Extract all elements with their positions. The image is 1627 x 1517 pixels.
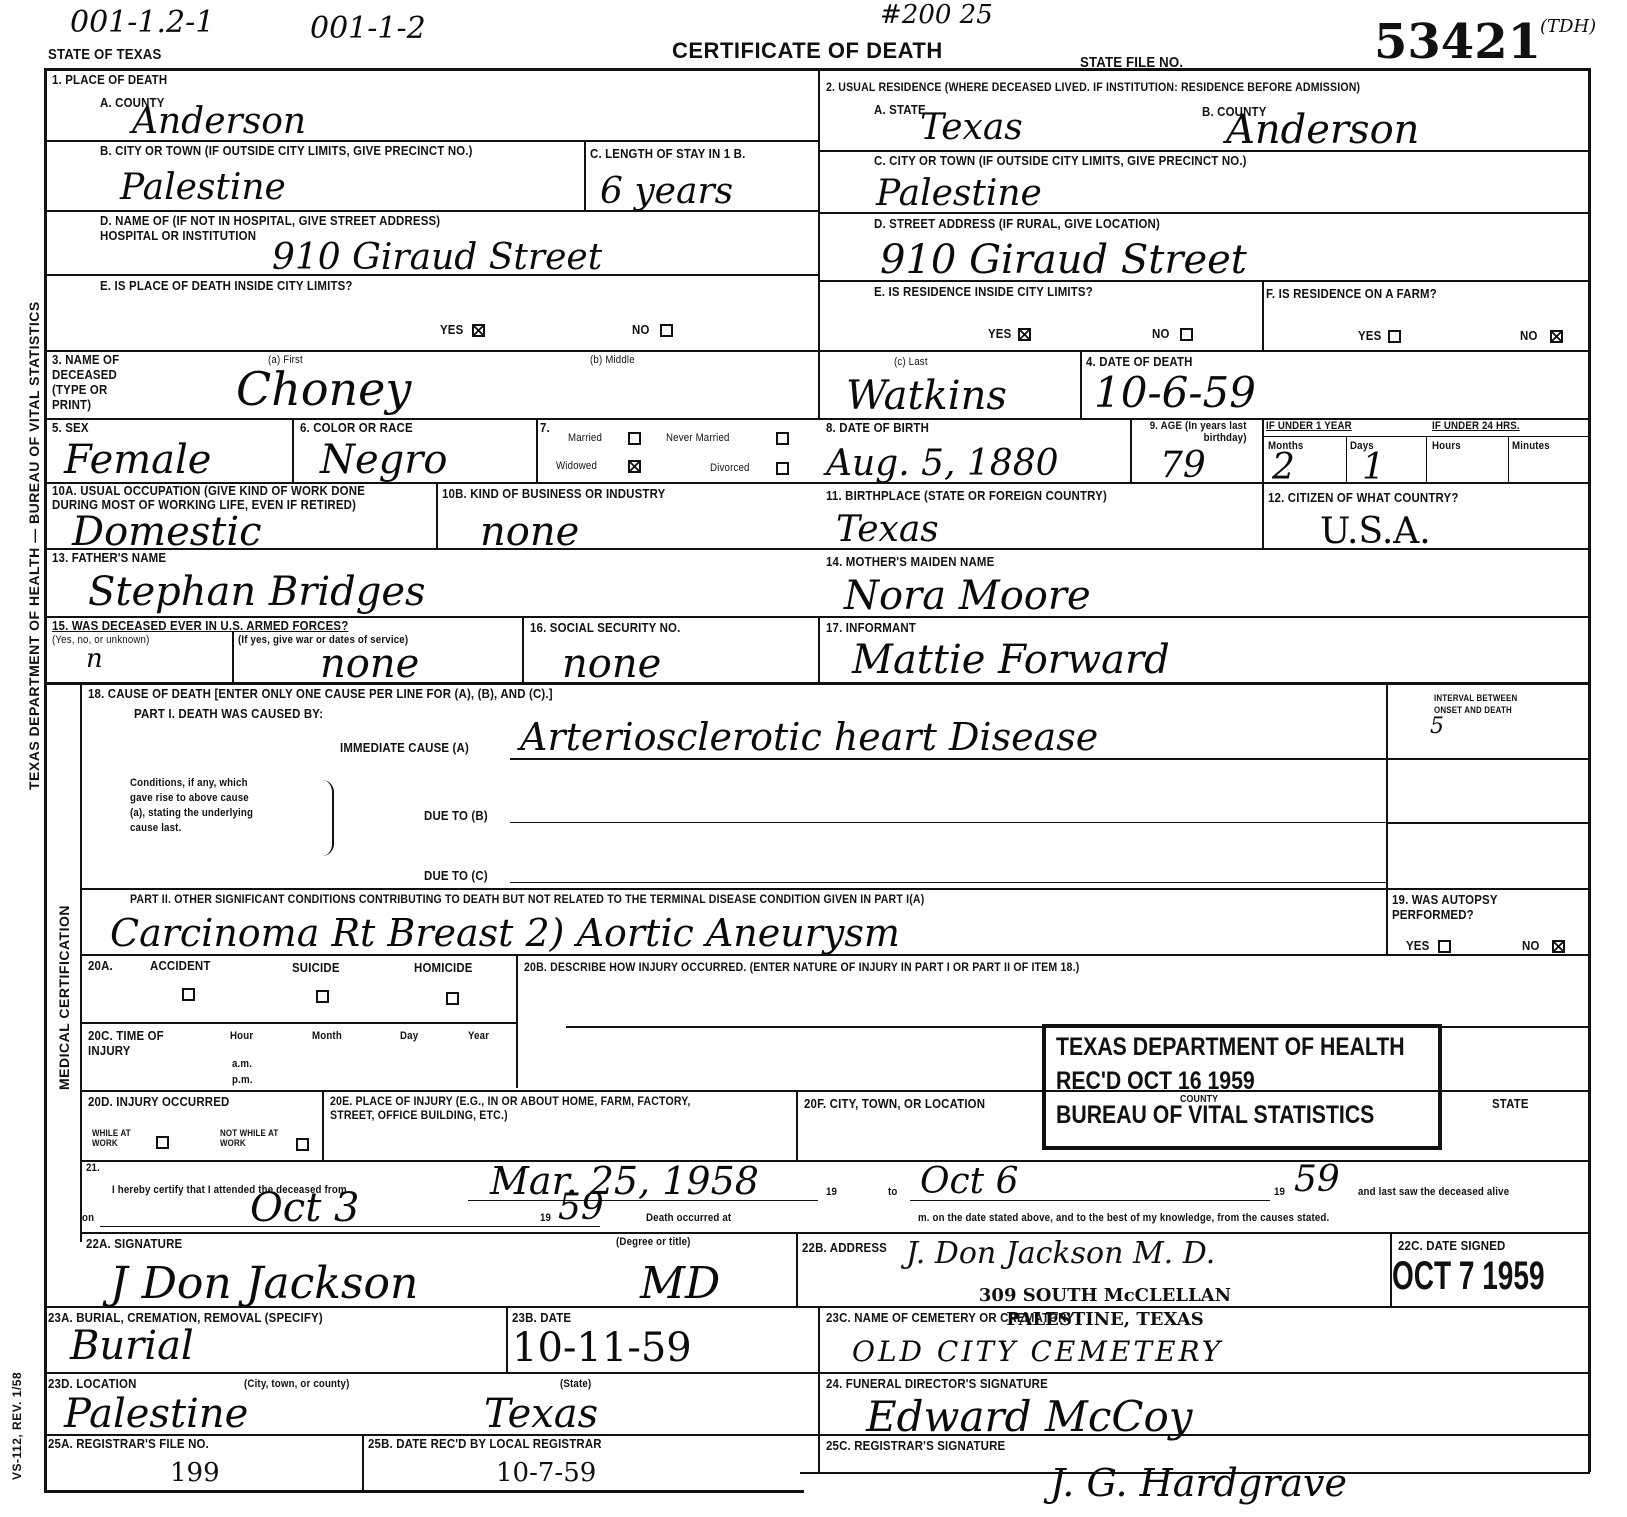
interval-label: INTERVAL BETWEEN ONSET AND DEATH xyxy=(1434,692,1531,716)
immediate-cause-value: Arteriosclerotic heart Disease xyxy=(520,718,1098,756)
registrar-signature: J. G. Hardgrave xyxy=(1050,1464,1347,1502)
length-of-stay-value: 6 years xyxy=(600,174,733,210)
date-signed-stamp: OCT 7 1959 xyxy=(1392,1254,1545,1299)
stamp-line-1: TEXAS DEPARTMENT OF HEALTH xyxy=(1056,1030,1372,1064)
days-value: 1 xyxy=(1362,450,1385,486)
registrar-file-value: 199 xyxy=(170,1458,220,1488)
to-year-prefix: 19 xyxy=(1274,1186,1285,1198)
to-year-value: 59 xyxy=(1294,1162,1340,1198)
last-seen-year-prefix: 19 xyxy=(540,1212,551,1224)
dob-value: Aug. 5, 1880 xyxy=(826,446,1059,482)
location-city-label: (City, town, or county) xyxy=(244,1378,350,1390)
funeral-director-label: 24. FUNERAL DIRECTOR'S SIGNATURE xyxy=(826,1376,1048,1391)
hours-label: Hours xyxy=(1432,440,1461,452)
homicide-checkbox[interactable] xyxy=(446,992,459,1005)
res-street-label: d. STREET ADDRESS (If rural, give locati… xyxy=(874,216,1160,231)
industry-value: none xyxy=(480,512,579,552)
injury-time-label: 20c. TIME OF INJURY xyxy=(88,1028,167,1058)
registrar-file-label: 25a. REGISTRAR'S FILE NO. xyxy=(48,1436,209,1451)
due-b-label: DUE TO (b) xyxy=(424,808,488,823)
ssn-label: 16. SOCIAL SECURITY NO. xyxy=(530,620,680,635)
informant-label: 17. INFORMANT xyxy=(826,620,916,635)
death-inside-limits-yes-label: YES xyxy=(440,322,463,337)
attended-to-value: Oct 6 xyxy=(920,1164,1019,1200)
race-label: 6. COLOR OR RACE xyxy=(300,420,413,435)
due-c-label: DUE TO (c) xyxy=(424,868,488,883)
race-value: Negro xyxy=(320,440,447,480)
cause-section-label: 18. CAUSE OF DEATH [Enter only one cause… xyxy=(88,686,553,701)
res-inside-limits-yes-label: YES xyxy=(988,326,1011,341)
informant-value: Mattie Forward xyxy=(852,640,1170,680)
divorced-checkbox[interactable] xyxy=(776,462,789,475)
while-at-work-checkbox[interactable] xyxy=(156,1136,169,1149)
time-day-label: Day xyxy=(400,1030,418,1042)
death-inside-limits-no-label: NO xyxy=(632,322,650,337)
res-city-value: Palestine xyxy=(876,176,1042,212)
marital-option-never-married: Never Married xyxy=(666,432,730,444)
certify-text-3: Death occurred at xyxy=(646,1212,731,1224)
stamp-line-2: REC'D OCT 16 1959 xyxy=(1056,1064,1372,1098)
immediate-cause-label: IMMEDIATE CAUSE (a) xyxy=(340,740,469,755)
death-city-label: b. CITY OR TOWN (If outside city limits,… xyxy=(100,143,473,158)
time-hour-label: Hour xyxy=(230,1030,253,1042)
armed-war-value: none xyxy=(320,644,419,684)
autopsy-yes-label: YES xyxy=(1406,938,1429,953)
burial-method-value: Burial xyxy=(70,1326,194,1366)
armed-forces-label: 15. WAS DECEASED EVER IN U.S. ARMED FORC… xyxy=(52,618,348,633)
attended-from-value: Mar. 25, 1958 xyxy=(490,1162,759,1200)
length-of-stay-label: c. LENGTH OF STAY in 1 b. xyxy=(590,146,784,161)
suicide-checkbox[interactable] xyxy=(316,990,329,1003)
certify-text-2: and last saw the deceased alive xyxy=(1358,1186,1509,1198)
not-while-at-work-label: NOT WHILE AT WORK xyxy=(220,1128,282,1148)
marital-option-married: Married xyxy=(568,432,602,444)
autopsy-yes-checkbox[interactable] xyxy=(1438,940,1451,953)
burial-date-label: 23b. DATE xyxy=(512,1310,571,1325)
to-label: to xyxy=(888,1186,898,1198)
father-value: Stephan Bridges xyxy=(88,572,426,612)
while-at-work-label: WHILE AT WORK xyxy=(92,1128,145,1148)
last-name-label: (c) Last xyxy=(894,356,928,368)
degree-label: (Degree or title) xyxy=(616,1236,691,1248)
stamp-line-3: BUREAU OF VITAL STATISTICS xyxy=(1056,1098,1372,1132)
address-line-1: 309 SOUTH McCLELLAN xyxy=(940,1286,1270,1306)
form-number: VS-112, REV. 1/58 xyxy=(10,1340,24,1480)
state-file-number: 53421 xyxy=(1374,14,1541,70)
time-year-label: Year xyxy=(468,1030,489,1042)
res-inside-limits-no-label: NO xyxy=(1152,326,1170,341)
occupation-value: Domestic xyxy=(72,512,262,552)
deceased-name-label: 3. NAME OF DECEASED (Type or print) xyxy=(52,352,149,412)
mother-label: 14. MOTHER'S MAIDEN NAME xyxy=(826,554,994,569)
middle-name-label: (b) Middle xyxy=(590,354,635,366)
dob-label: 8. DATE OF BIRTH xyxy=(826,420,929,435)
months-value: 2 xyxy=(1272,450,1295,486)
minutes-label: Minutes xyxy=(1512,440,1550,452)
certification-number: 21. xyxy=(86,1162,100,1174)
physician-signature: J Don Jackson xyxy=(110,1262,418,1306)
department-side-label: TEXAS DEPARTMENT OF HEALTH — BUREAU OF V… xyxy=(26,270,42,790)
injury-city-label: 20f. CITY, TOWN, OR LOCATION xyxy=(804,1096,985,1111)
marital-option-divorced: Divorced xyxy=(710,462,750,474)
citizen-value: U.S.A. xyxy=(1320,514,1431,550)
funeral-director-signature: Edward McCoy xyxy=(866,1396,1193,1438)
document-title: CERTIFICATE OF DEATH xyxy=(672,38,943,64)
death-inside-limits-label: e. IS PLACE OF DEATH INSIDE CITY LIMITS? xyxy=(100,278,353,293)
res-farm-yes-checkbox[interactable] xyxy=(1388,330,1401,343)
location-state-value: Texas xyxy=(484,1394,598,1434)
medical-certification-side-label: MEDICAL CERTIFICATION xyxy=(56,890,72,1090)
death-city-value: Palestine xyxy=(120,170,286,206)
annotation-top: #200 25 xyxy=(880,2,993,28)
citizen-label: 12. CITIZEN OF WHAT COUNTRY? xyxy=(1268,490,1459,505)
part2-label: PART II. OTHER SIGNIFICANT CONDITIONS CO… xyxy=(130,892,924,906)
under-1yr-label: IF UNDER 1 YEAR xyxy=(1266,420,1352,432)
res-farm-yes-label: YES xyxy=(1358,328,1381,343)
res-farm-label: f. IS RESIDENCE ON A FARM? xyxy=(1266,286,1437,301)
interval-value: 5 xyxy=(1430,716,1444,738)
never-married-checkbox[interactable] xyxy=(776,432,789,445)
marital-label: 7. xyxy=(540,420,550,435)
degree-value: MD xyxy=(640,1262,720,1306)
under-24h-label: IF UNDER 24 HRS. xyxy=(1432,420,1520,432)
injury-type-label: 20a. xyxy=(88,958,113,973)
part2-value: Carcinoma Rt Breast 2) Aortic Aneurysm xyxy=(110,914,900,952)
hospital-value: 910 Giraud Street xyxy=(272,240,602,276)
not-while-at-work-checkbox[interactable] xyxy=(296,1138,309,1151)
date-signed-label: 22c. DATE SIGNED xyxy=(1398,1238,1505,1253)
res-city-label: c. CITY OR TOWN (If outside city limits,… xyxy=(874,153,1247,168)
residence-label: 2. USUAL RESIDENCE (Where deceased lived… xyxy=(826,80,1360,94)
res-farm-no-label: NO xyxy=(1520,328,1538,343)
marital-option-widowed: Widowed xyxy=(556,460,597,472)
age-label: 9. AGE (In years last birthday) xyxy=(1134,420,1247,444)
mother-value: Nora Moore xyxy=(844,576,1091,616)
state-label: STATE OF TEXAS xyxy=(48,46,161,63)
res-inside-limits-no-checkbox[interactable] xyxy=(1180,328,1193,341)
death-inside-limits-no-checkbox[interactable] xyxy=(660,324,673,337)
cemetery-label: 23c. NAME OF CEMETERY OR CREMATORY xyxy=(826,1310,1074,1325)
ssn-value: none xyxy=(562,644,661,684)
address-label: 22b. ADDRESS xyxy=(802,1240,887,1255)
injury-occurred-label: 20d. INJURY OCCURRED xyxy=(88,1094,229,1109)
birthplace-value: Texas xyxy=(836,512,939,548)
res-street-value: 910 Giraud Street xyxy=(880,240,1247,280)
first-name-value: Choney xyxy=(236,366,411,412)
widowed-checkbox[interactable] xyxy=(628,460,641,473)
burial-date-value: 10-11-59 xyxy=(512,1328,692,1368)
address-name-stamp: J. Don Jackson M. D. xyxy=(906,1236,1215,1271)
armed-yn-value: n xyxy=(86,646,103,672)
date-recd-value: 10-7-59 xyxy=(496,1458,596,1488)
res-farm-no-checkbox[interactable] xyxy=(1550,330,1563,343)
injury-describe-label: 20b. DESCRIBE HOW INJURY OCCURRED. (Ente… xyxy=(524,960,1079,974)
res-inside-limits-label: e. IS RESIDENCE INSIDE CITY LIMITS? xyxy=(874,284,1093,299)
autopsy-no-label: NO xyxy=(1522,938,1540,953)
signature-label: 22a. SIGNATURE xyxy=(86,1236,182,1251)
sex-label: 5. SEX xyxy=(52,420,89,435)
injury-homicide-label: HOMICIDE xyxy=(414,960,473,975)
birthplace-label: 11. BIRTHPLACE (State or foreign country… xyxy=(826,488,1107,503)
sex-value: Female xyxy=(64,440,211,480)
conditions-note: Conditions, if any, which gave rise to a… xyxy=(130,776,262,836)
annotation-left-2: 001-1-2 xyxy=(310,14,426,44)
received-stamp: TEXAS DEPARTMENT OF HEALTH REC'D OCT 16 … xyxy=(1042,1024,1442,1150)
place-of-death-label: 1. PLACE OF DEATH xyxy=(52,72,167,87)
certify-text-4: m. on the date stated above, and to the … xyxy=(918,1212,1329,1224)
on-label: on xyxy=(82,1212,94,1224)
location-state-label: (State) xyxy=(560,1378,591,1390)
last-seen-value: Oct 3 xyxy=(250,1188,359,1228)
injury-suicide-label: SUICIDE xyxy=(292,960,340,975)
part1-label: PART I. DEATH WAS CAUSED BY: xyxy=(134,706,323,721)
injury-accident-label: ACCIDENT xyxy=(150,958,211,973)
autopsy-no-checkbox[interactable] xyxy=(1552,940,1565,953)
date-of-death-label: 4. DATE OF DEATH xyxy=(1086,354,1193,369)
last-name-value: Watkins xyxy=(846,376,1007,416)
death-county-value: Anderson xyxy=(132,104,306,140)
res-inside-limits-yes-checkbox[interactable] xyxy=(1018,328,1031,341)
bracket-icon xyxy=(322,780,334,856)
death-inside-limits-yes-checkbox[interactable] xyxy=(472,324,485,337)
injury-state-label: STATE xyxy=(1492,1096,1529,1111)
registrar-signature-label: 25c. REGISTRAR'S SIGNATURE xyxy=(826,1438,1005,1453)
res-state-value: Texas xyxy=(920,110,1023,146)
date-recd-label: 25b. DATE REC'D BY LOCAL REGISTRAR xyxy=(368,1436,602,1451)
last-seen-year-value: 59 xyxy=(558,1190,604,1226)
annotation-left-1: 001-1.2-1 xyxy=(70,8,214,38)
from-year-prefix: 19 xyxy=(826,1186,837,1198)
occupation-label: 10a. USUAL OCCUPATION (Give kind of work… xyxy=(52,484,386,512)
location-city-value: Palestine xyxy=(64,1394,248,1434)
injury-place-label: 20e. PLACE OF INJURY (e.g., in or about … xyxy=(330,1094,735,1122)
father-label: 13. FATHER'S NAME xyxy=(52,550,166,565)
time-am-label: a.m. xyxy=(232,1058,252,1070)
burial-location-label: 23d. LOCATION xyxy=(48,1376,137,1391)
married-checkbox[interactable] xyxy=(628,432,641,445)
autopsy-label: 19. WAS AUTOPSY PERFORMED? xyxy=(1392,892,1559,922)
date-of-death-value: 10-6-59 xyxy=(1094,372,1256,414)
file-note: (TDH) xyxy=(1540,18,1596,36)
res-county-value: Anderson xyxy=(1226,110,1419,150)
age-value: 79 xyxy=(1160,448,1206,484)
time-month-label: Month xyxy=(312,1030,342,1042)
accident-checkbox[interactable] xyxy=(182,988,195,1001)
res-state-label: a. STATE xyxy=(874,102,926,117)
cemetery-value: OLD CITY CEMETERY xyxy=(852,1338,1223,1366)
industry-label: 10b. KIND OF BUSINESS OR INDUSTRY xyxy=(442,486,665,501)
time-pm-label: p.m. xyxy=(232,1074,253,1086)
